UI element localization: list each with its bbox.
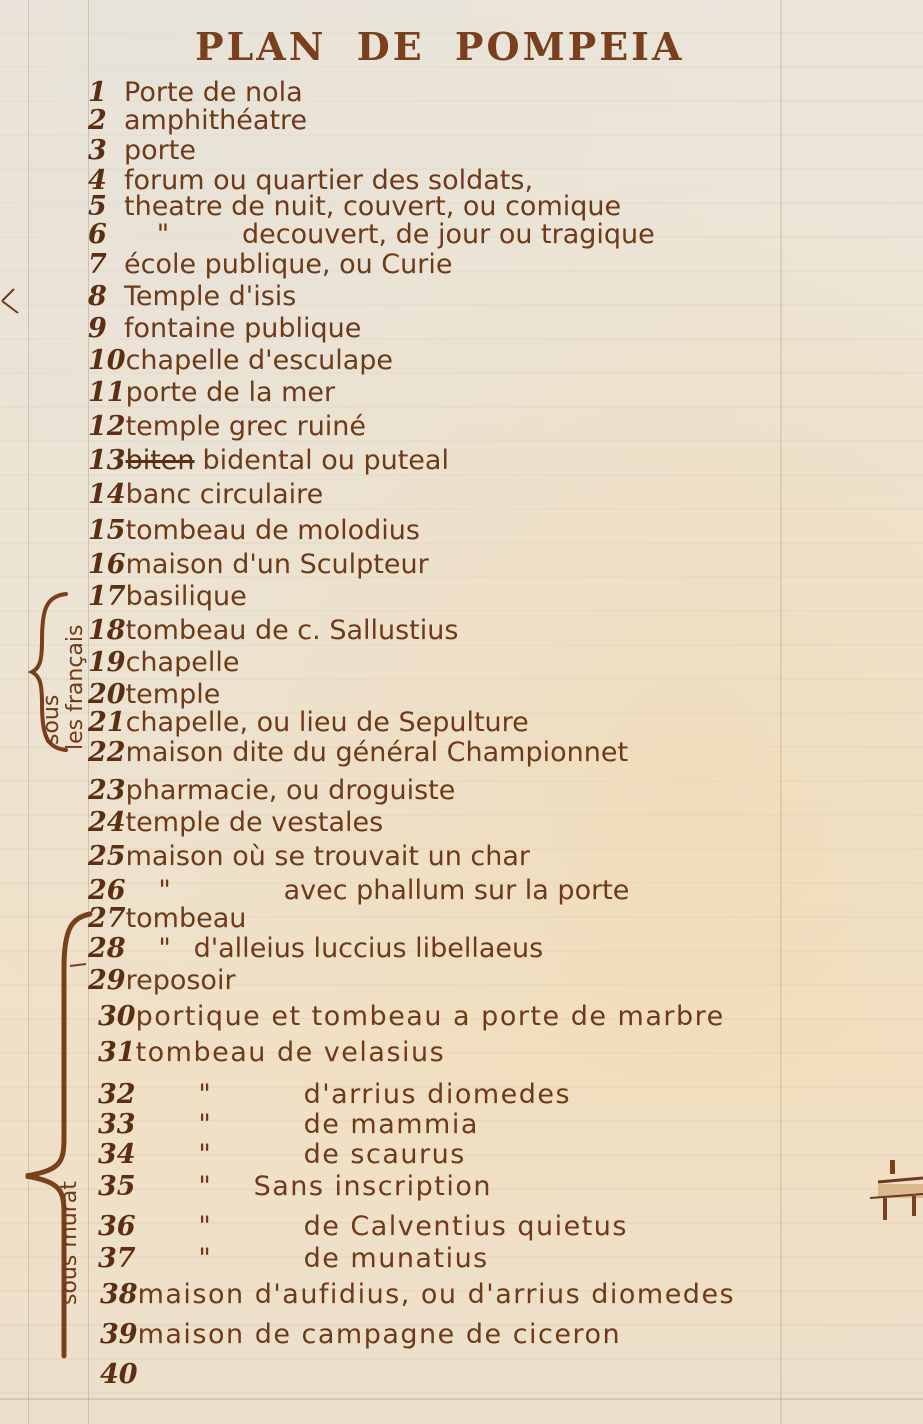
entry-text: école publique, ou Curie <box>124 249 452 280</box>
ditto-mark: " <box>196 1080 214 1110</box>
entry-number: 13 <box>88 446 126 476</box>
entry-text: temple <box>126 679 221 710</box>
list-item: 36"de Calventius quietus <box>98 1212 628 1242</box>
entry-number: 16 <box>88 550 126 580</box>
entry-number: 33 <box>98 1110 136 1140</box>
entry-text: avec phallum sur la porte <box>284 875 630 906</box>
ditto-mark: " <box>196 1244 214 1274</box>
list-item: 6"decouvert, de jour ou tragique <box>88 220 655 250</box>
entry-text: pharmacie, ou droguiste <box>126 775 456 806</box>
list-item: 34"de scaurus <box>98 1140 466 1170</box>
entry-number: 12 <box>88 412 126 442</box>
entry-text: portique et tombeau a porte de marbre <box>136 1001 725 1032</box>
entry-text: tombeau <box>126 903 247 934</box>
entry-text: chapelle <box>126 647 240 678</box>
list-item: 19chapelle <box>88 648 239 678</box>
entry-text: decouvert, de jour ou tragique <box>242 219 655 250</box>
entry-text: tombeau de velasius <box>136 1037 446 1068</box>
list-item: 13bitenbidental ou puteal <box>88 446 449 476</box>
entry-number: 15 <box>88 516 126 546</box>
entry-text: reposoir <box>126 965 236 996</box>
entry-number: 17 <box>88 582 126 612</box>
list-item: 28"d'alleius luccius libellaeus <box>88 934 543 964</box>
entry-number: 23 <box>88 776 126 806</box>
margin-note-sous-murat: sous murat <box>58 1181 82 1305</box>
list-item: 32"d'arrius diomedes <box>98 1080 571 1110</box>
ditto-mark: " <box>196 1212 214 1242</box>
ditto-mark: " <box>156 876 174 906</box>
entry-number: 1 <box>88 78 124 108</box>
entry-text: chapelle d'esculape <box>126 345 393 376</box>
list-item: 24temple de vestales <box>88 808 383 838</box>
entry-number: 8 <box>88 282 124 312</box>
list-item: 10chapelle d'esculape <box>88 346 393 376</box>
list-item: 1Porte de nola <box>88 78 303 108</box>
list-item: 39maison de campagne de ciceron <box>100 1320 621 1350</box>
entry-number: 36 <box>98 1212 136 1242</box>
list-item: 22maison dite du général Championnet <box>88 738 628 768</box>
entry-number: 22 <box>88 738 126 768</box>
list-item: 27tombeau <box>88 904 246 934</box>
ditto-mark: " <box>196 1140 214 1170</box>
entry-number: 9 <box>88 314 124 344</box>
list-item: 29reposoir <box>88 966 236 996</box>
list-item: 40 <box>100 1360 138 1390</box>
margin-note-sous: sous <box>40 695 64 745</box>
entry-number: 40 <box>100 1360 138 1390</box>
entry-text: de mammia <box>304 1109 479 1140</box>
entry-text: porte de la mer <box>126 377 336 408</box>
entry-text: maison où se trouvait un char <box>126 841 530 872</box>
list-item: 3porte <box>88 136 196 166</box>
list-item: 38maison d'aufidius, ou d'arrius diomede… <box>100 1280 735 1310</box>
list-item: 14banc circulaire <box>88 480 323 510</box>
table-sketch-icon <box>868 1158 923 1228</box>
list-item: 35"Sans inscription <box>98 1172 492 1202</box>
list-item: 8Temple d'isis <box>88 282 296 312</box>
paper-fold <box>0 1398 923 1400</box>
ditto-mark: " <box>156 934 174 964</box>
entry-text: tombeau de c. Sallustius <box>126 615 459 646</box>
entry-number: 32 <box>98 1080 136 1110</box>
list-item: 5theatre de nuit, couvert, ou comique <box>88 192 621 222</box>
entry-number: 2 <box>88 106 124 136</box>
entry-text: temple grec ruiné <box>126 411 366 442</box>
entry-number: 20 <box>88 680 126 710</box>
ditto-mark: " <box>196 1172 214 1202</box>
entry-number: 11 <box>88 378 126 408</box>
entry-text: maison dite du général Championnet <box>126 737 628 768</box>
entry-number: 3 <box>88 136 124 166</box>
entry-text: bidental ou puteal <box>203 445 449 476</box>
ditto-mark: " <box>196 1110 214 1140</box>
paper-fold <box>780 0 782 1424</box>
list-item: 26"avec phallum sur la porte <box>88 876 629 906</box>
list-item: 33"de mammia <box>98 1110 479 1140</box>
entry-number: 18 <box>88 616 126 646</box>
list-item: 25maison où se trouvait un char <box>88 842 530 872</box>
entry-text: d'arrius diomedes <box>304 1079 572 1110</box>
list-item: 31tombeau de velasius <box>98 1038 445 1068</box>
list-item: 17basilique <box>88 582 247 612</box>
list-item: 7école publique, ou Curie <box>88 250 452 280</box>
entry-number: 24 <box>88 808 126 838</box>
entry-text: maison d'aufidius, ou d'arrius diomedes <box>138 1279 736 1310</box>
entry-number: 34 <box>98 1140 136 1170</box>
entry-text: basilique <box>126 581 247 612</box>
entry-number: 31 <box>98 1038 136 1068</box>
entry-number: 14 <box>88 480 126 510</box>
entry-number: 26 <box>88 876 126 906</box>
entry-text: tombeau de molodius <box>126 515 420 546</box>
entry-text: maison d'un Sculpteur <box>126 549 429 580</box>
entry-text: banc circulaire <box>126 479 324 510</box>
entry-text: Temple d'isis <box>124 281 296 312</box>
list-item: 20temple <box>88 680 220 710</box>
entry-text: d'alleius luccius libellaeus <box>194 933 544 964</box>
entry-text: de scaurus <box>304 1139 466 1170</box>
list-item: 9fontaine publique <box>88 314 361 344</box>
cross-mark-icon <box>0 285 20 315</box>
list-item: 2amphithéatre <box>88 106 307 136</box>
margin-note-les-francais: les français <box>64 625 88 750</box>
entry-text: de munatius <box>304 1243 489 1274</box>
list-item: 15tombeau de molodius <box>88 516 420 546</box>
entry-number: 30 <box>98 1002 136 1032</box>
list-item: 21chapelle, ou lieu de Sepulture <box>88 708 529 738</box>
entry-text: temple de vestales <box>126 807 384 838</box>
entry-number: 25 <box>88 842 126 872</box>
entry-text: theatre de nuit, couvert, ou comique <box>124 191 621 222</box>
struck-text: biten <box>126 445 195 476</box>
entry-number: 5 <box>88 192 124 222</box>
page-title: PLAN DE POMPEIA <box>195 24 684 69</box>
entry-number: 7 <box>88 250 124 280</box>
entry-number: 6 <box>88 220 124 250</box>
entry-number: 19 <box>88 648 126 678</box>
entry-number: 10 <box>88 346 126 376</box>
entry-number: 21 <box>88 708 126 738</box>
entry-text: chapelle, ou lieu de Sepulture <box>126 707 529 738</box>
entry-text: Porte de nola <box>124 77 303 108</box>
ditto-mark: " <box>154 220 172 250</box>
list-item: 12temple grec ruiné <box>88 412 366 442</box>
entry-text: maison de campagne de ciceron <box>138 1319 622 1350</box>
list-item: 11porte de la mer <box>88 378 335 408</box>
manuscript-page: PLAN DE POMPEIA 1Porte de nola2amphithéa… <box>0 0 923 1424</box>
list-item: 23pharmacie, ou droguiste <box>88 776 455 806</box>
entry-text: porte <box>124 135 196 166</box>
entry-number: 38 <box>100 1280 138 1310</box>
list-item: 18tombeau de c. Sallustius <box>88 616 458 646</box>
entry-number: 39 <box>100 1320 138 1350</box>
entry-text: Sans inscription <box>254 1171 492 1202</box>
entry-text: fontaine publique <box>124 313 361 344</box>
entry-text: de Calventius quietus <box>304 1211 628 1242</box>
entry-text: amphithéatre <box>124 105 307 136</box>
entry-number: 37 <box>98 1244 136 1274</box>
list-item: 37"de munatius <box>98 1244 489 1274</box>
list-item: 16maison d'un Sculpteur <box>88 550 429 580</box>
list-item: 30portique et tombeau a porte de marbre <box>98 1002 725 1032</box>
entry-number: 35 <box>98 1172 136 1202</box>
